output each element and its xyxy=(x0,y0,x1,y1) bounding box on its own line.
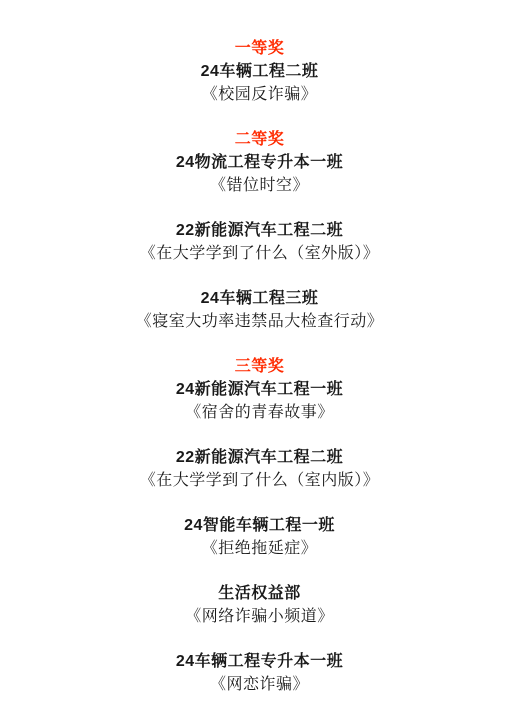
entry-group-name: 24物流工程专升本一班 xyxy=(0,151,519,174)
entry-group-name: 24车辆工程二班 xyxy=(0,60,519,83)
award-section-second-prize: 二等奖 24物流工程专升本一班 《错位时空》 22新能源汽车工程二班 《在大学学… xyxy=(0,128,519,333)
award-entry: 24车辆工程二班 《校园反诈骗》 xyxy=(0,60,519,106)
award-entry: 24车辆工程专升本一班 《网恋诈骗》 xyxy=(0,650,519,696)
award-title-first-prize: 一等奖 xyxy=(0,37,519,60)
entry-work-title: 《校园反诈骗》 xyxy=(0,83,519,106)
award-entry: 24物流工程专升本一班 《错位时空》 xyxy=(0,151,519,197)
award-entry: 生活权益部 《网络诈骗小频道》 xyxy=(0,582,519,628)
entry-work-title: 《在大学学到了什么（室外版）》 xyxy=(0,242,519,265)
award-section-first-prize: 一等奖 24车辆工程二班 《校园反诈骗》 xyxy=(0,37,519,106)
entry-group-name: 24智能车辆工程一班 xyxy=(0,514,519,537)
award-title-third-prize: 三等奖 xyxy=(0,355,519,378)
award-title-second-prize: 二等奖 xyxy=(0,128,519,151)
entry-work-title: 《错位时空》 xyxy=(0,174,519,197)
entry-work-title: 《宿舍的青春故事》 xyxy=(0,401,519,424)
entry-group-name: 生活权益部 xyxy=(0,582,519,605)
entry-work-title: 《网恋诈骗》 xyxy=(0,673,519,696)
entry-group-name: 22新能源汽车工程二班 xyxy=(0,219,519,242)
entry-work-title: 《网络诈骗小频道》 xyxy=(0,605,519,628)
award-entry: 24车辆工程三班 《寝室大功率违禁品大检查行动》 xyxy=(0,287,519,333)
entry-work-title: 《拒绝拖延症》 xyxy=(0,537,519,560)
entry-work-title: 《在大学学到了什么（室内版）》 xyxy=(0,469,519,492)
entry-group-name: 24车辆工程三班 xyxy=(0,287,519,310)
entry-group-name: 24新能源汽车工程一班 xyxy=(0,378,519,401)
entry-work-title: 《寝室大功率违禁品大检查行动》 xyxy=(0,310,519,333)
award-entry: 24智能车辆工程一班 《拒绝拖延症》 xyxy=(0,514,519,560)
entry-group-name: 24车辆工程专升本一班 xyxy=(0,650,519,673)
award-announcement-page: 一等奖 24车辆工程二班 《校园反诈骗》 二等奖 24物流工程专升本一班 《错位… xyxy=(0,0,519,707)
entry-group-name: 22新能源汽车工程二班 xyxy=(0,446,519,469)
award-section-third-prize: 三等奖 24新能源汽车工程一班 《宿舍的青春故事》 22新能源汽车工程二班 《在… xyxy=(0,355,519,696)
award-entry: 24新能源汽车工程一班 《宿舍的青春故事》 xyxy=(0,378,519,424)
award-entry: 22新能源汽车工程二班 《在大学学到了什么（室内版）》 xyxy=(0,446,519,492)
award-entry: 22新能源汽车工程二班 《在大学学到了什么（室外版）》 xyxy=(0,219,519,265)
